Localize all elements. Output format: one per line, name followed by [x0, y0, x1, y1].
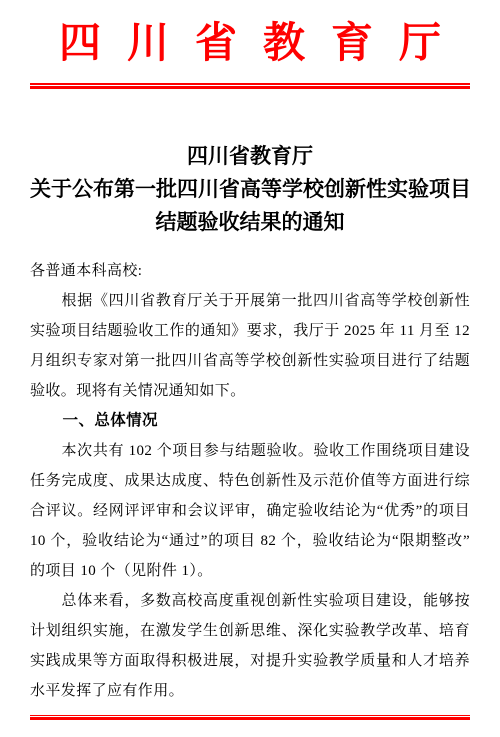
doc-title-line1: 四川省教育厅: [30, 140, 470, 173]
doc-title: 四川省教育厅 关于公布第一批四川省高等学校创新性实验项目 结题验收结果的通知: [30, 140, 470, 239]
doc-title-line2: 关于公布第一批四川省高等学校创新性实验项目: [30, 173, 470, 206]
doc-title-line3: 结题验收结果的通知: [30, 206, 470, 239]
agency-name: 四川省教育厅: [59, 21, 467, 67]
section-heading-overall-situation: 一、总体情况: [30, 406, 470, 436]
doc-body: 各普通本科高校: 根据《四川省教育厅关于开展第一批四川省高等学校创新性实验项目结…: [30, 256, 470, 706]
document-page: 四川省教育厅 四川省教育厅 关于公布第一批四川省高等学校创新性实验项目 结题验收…: [0, 0, 500, 737]
agency-masthead: 四川省教育厅: [30, 0, 470, 68]
footer-divider: [30, 715, 470, 721]
paragraph-summary: 总体来看，多数高校高度重视创新性实验项目建设，能够按计划组织实施，在激发学生创新…: [30, 586, 470, 706]
paragraph-results: 本次共有 102 个项目参与结题验收。验收工作围绕项目建设任务完成度、成果达成度…: [30, 436, 470, 586]
paragraph-basis: 根据《四川省教育厅关于开展第一批四川省高等学校创新性实验项目结题验收工作的通知》…: [30, 286, 470, 406]
masthead-divider: [30, 83, 470, 89]
salutation: 各普通本科高校:: [30, 256, 470, 286]
